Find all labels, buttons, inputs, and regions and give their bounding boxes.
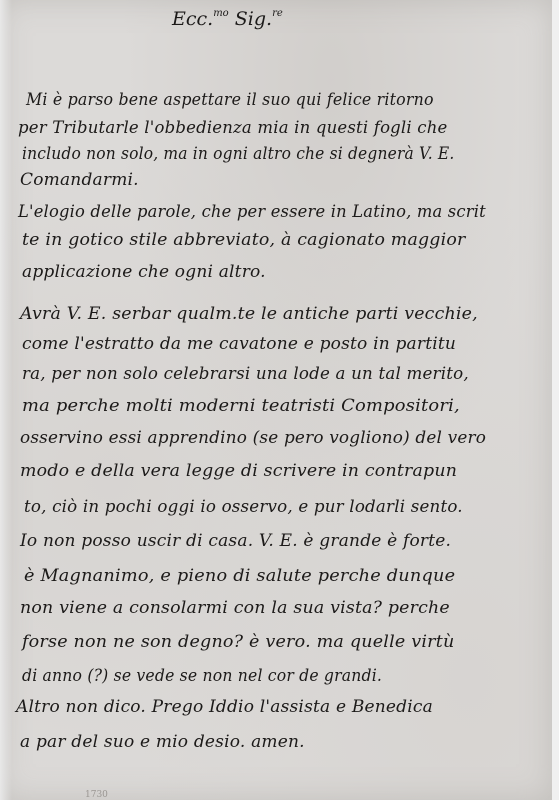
manuscript-line-2: per Tributarle l'obbedienza mia in quest… — [18, 118, 448, 138]
manuscript-line-18: forse non ne son degno? è vero. ma quell… — [22, 632, 454, 652]
manuscript-line-20: Altro non dico. Prego Iddio l'assista e … — [16, 697, 433, 717]
manuscript-line-12: osservino essi apprendino (se pero vogli… — [20, 428, 486, 448]
salutation-superscript-1: mo — [213, 8, 229, 19]
manuscript-line-7: applicazione che ogni altro. — [22, 262, 266, 282]
page-edge-left — [0, 0, 12, 800]
manuscript-line-15: Io non posso uscir di casa. V. E. è gran… — [20, 531, 451, 551]
manuscript-page: Ecc.mo Sig.re Mi è parso bene aspettare … — [0, 0, 552, 800]
page-edge-right — [552, 0, 559, 800]
manuscript-line-11: ma perche molti moderni teatristi Compos… — [22, 396, 460, 416]
manuscript-line-9: come l'estratto da me cavatone e posto i… — [22, 334, 456, 354]
manuscript-line-16: è Magnanimo, e pieno di salute perche du… — [24, 566, 455, 586]
manuscript-line-13: modo e della vera legge di scrivere in c… — [20, 461, 457, 481]
manuscript-line-3: includo non solo, ma in ogni altro che s… — [22, 144, 454, 164]
manuscript-line-21: a par del suo e mio desio. amen. — [20, 732, 305, 752]
manuscript-line-4: Comandarmi. — [20, 170, 139, 190]
manuscript-line-17: non viene a consolarmi con la sua vista?… — [20, 598, 450, 618]
salutation-part-2: Sig. — [229, 8, 272, 30]
salutation-heading: Ecc.mo Sig.re — [172, 8, 283, 30]
salutation-superscript-2: re — [272, 8, 283, 19]
manuscript-line-8: Avrà V. E. serbar qualm.te le antiche pa… — [20, 304, 478, 324]
manuscript-line-10: ra, per non solo celebrarsi una lode a u… — [22, 364, 469, 384]
manuscript-line-19: di anno (?) se vede se non nel cor de gr… — [22, 666, 382, 686]
manuscript-line-5: L'elogio delle parole, che per essere in… — [18, 202, 486, 222]
manuscript-line-14: to, ciò in pochi oggi io osservo, e pur … — [24, 497, 463, 517]
salutation-part-1: Ecc. — [172, 8, 213, 30]
manuscript-line-6: te in gotico stile abbreviato, à cagiona… — [22, 230, 465, 250]
manuscript-line-1: Mi è parso bene aspettare il suo qui fel… — [26, 90, 434, 110]
archive-footer-mark: 1730 — [85, 790, 108, 800]
